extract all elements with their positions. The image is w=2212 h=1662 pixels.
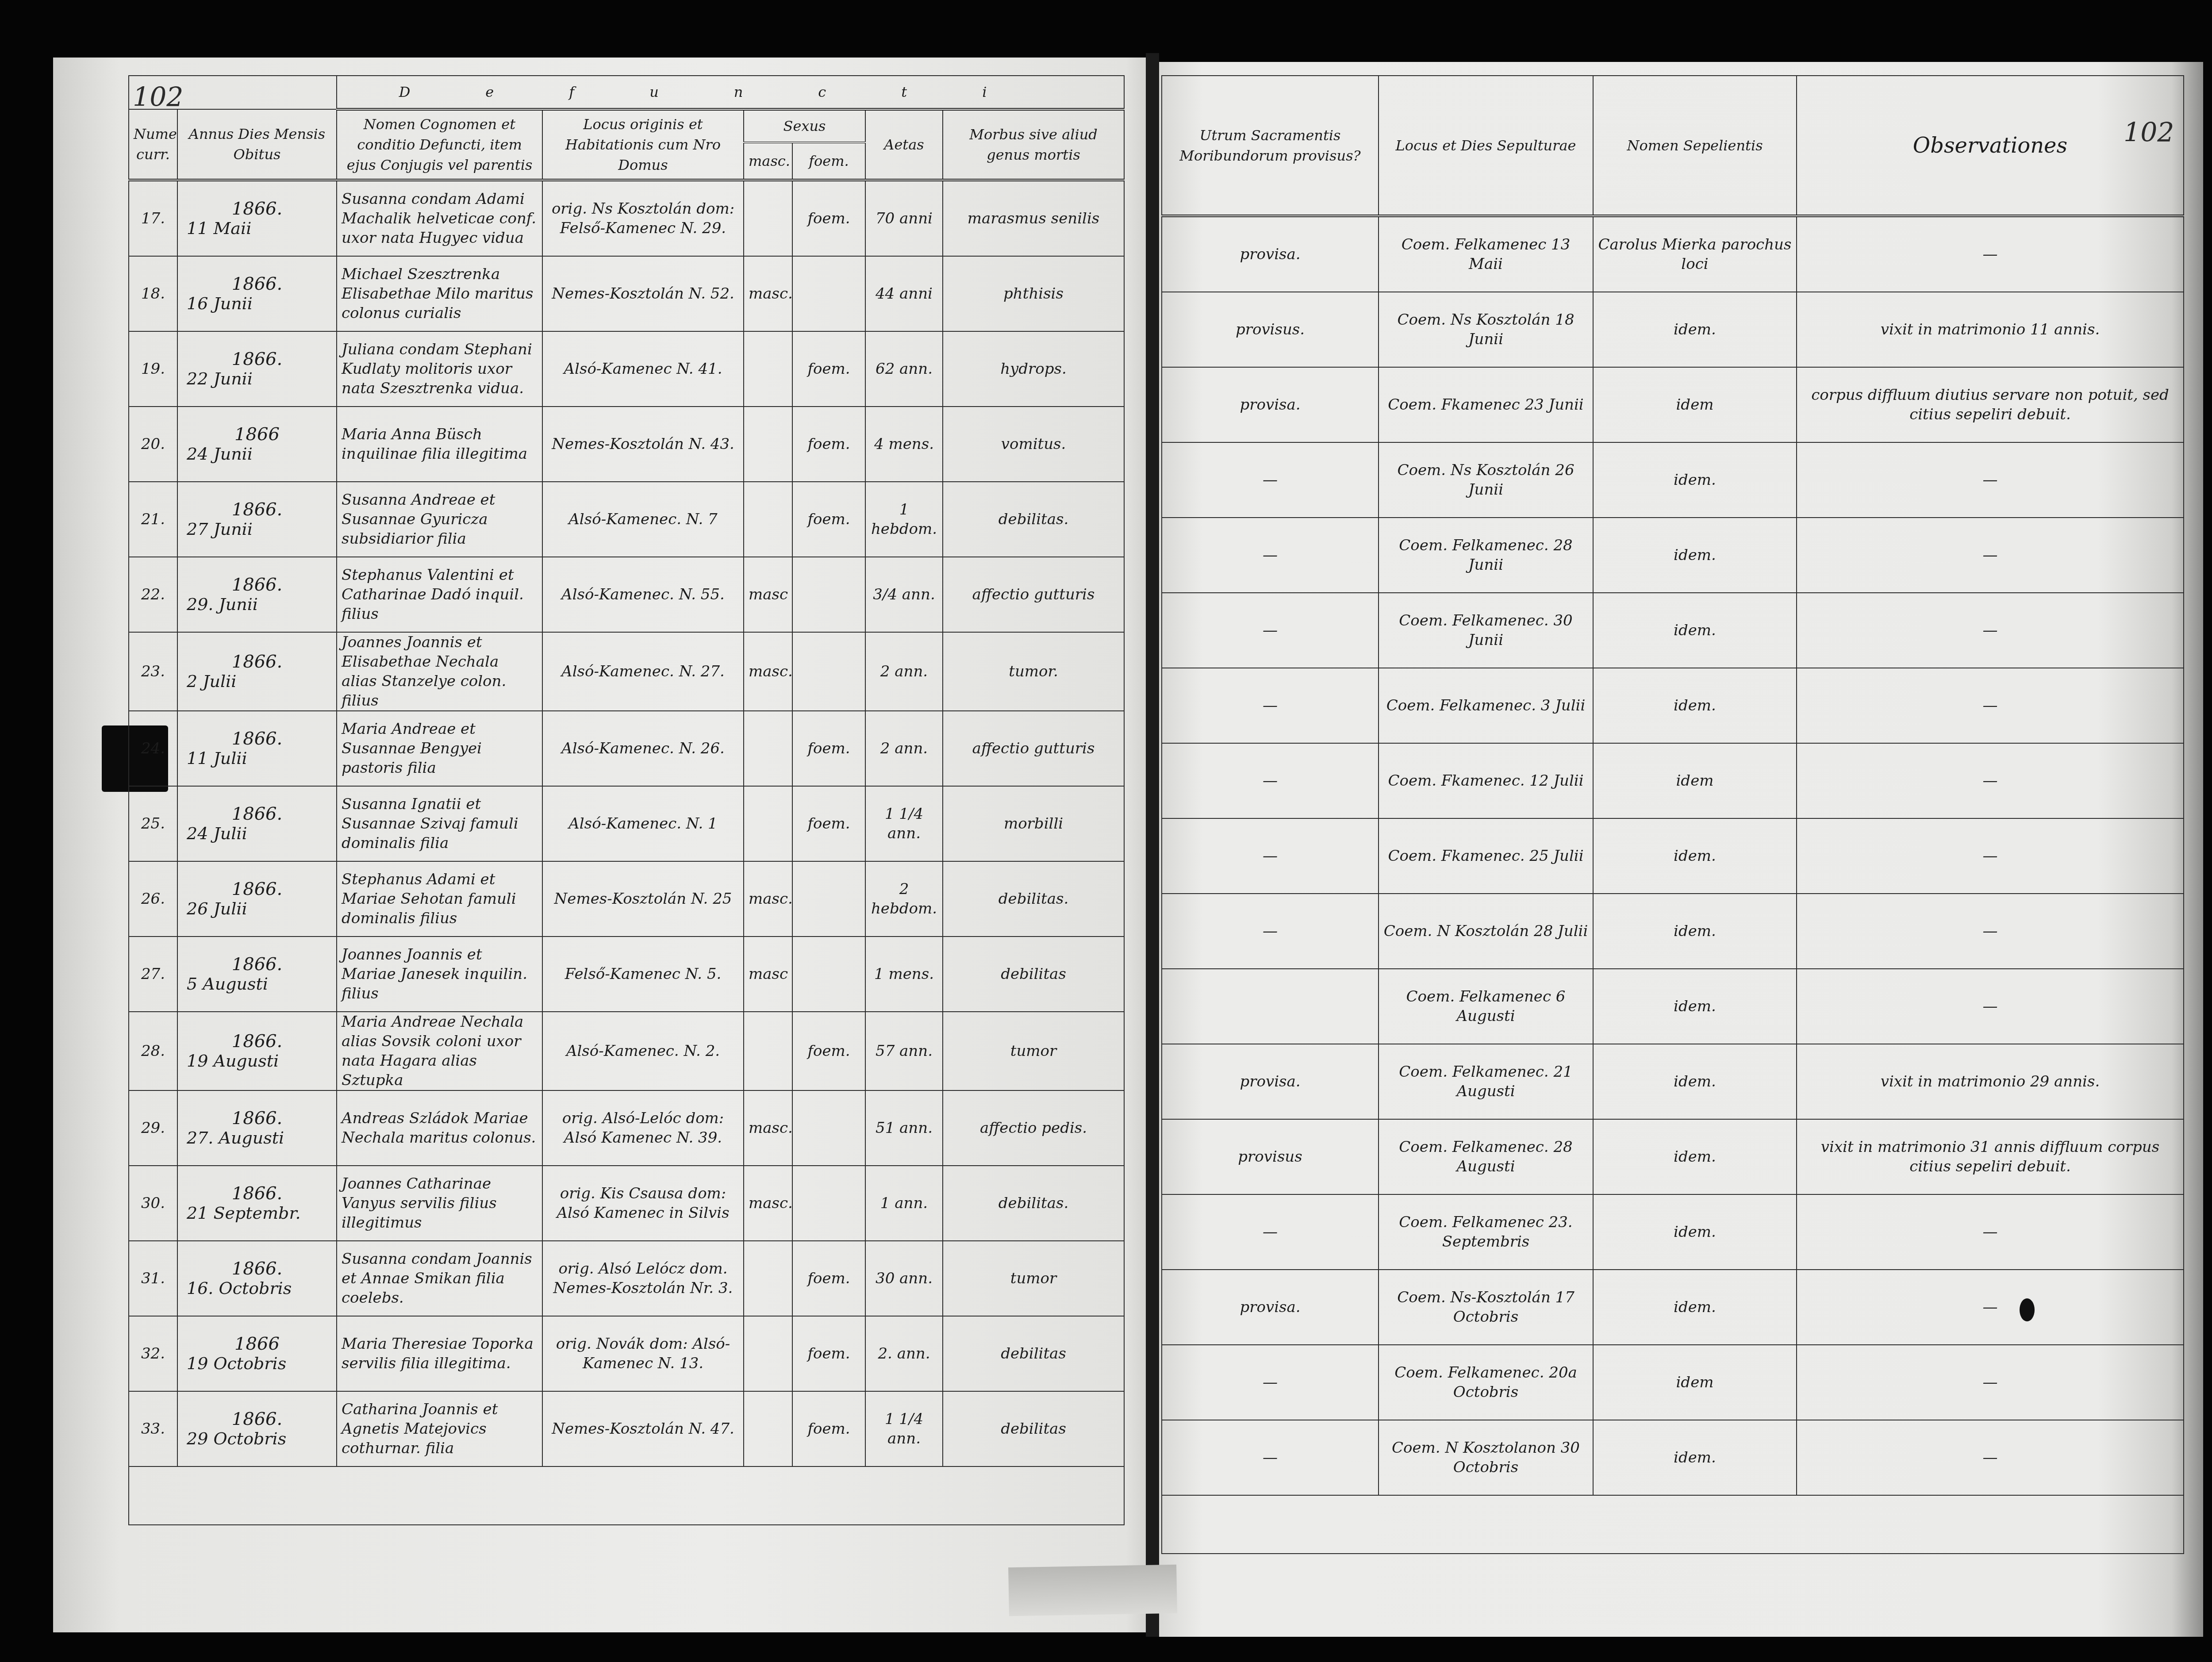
cause-of-death: affectio pedis. xyxy=(943,1090,1124,1166)
sex-foem xyxy=(792,1166,865,1241)
origin-locus: Nemes-Kosztolán N. 52. xyxy=(542,256,744,331)
sex-masc xyxy=(744,482,792,557)
cause-of-death: debilitas. xyxy=(943,482,1124,557)
death-day-month: 27. Augusti xyxy=(182,1128,332,1148)
cause-of-death: tumor xyxy=(943,1241,1124,1316)
origin-locus: Alsó-Kamenec. N. 1 xyxy=(542,786,744,861)
sex-foem: foem. xyxy=(792,1012,865,1090)
age: 1 ann. xyxy=(865,1166,943,1241)
burying-priest: idem. xyxy=(1593,1044,1797,1119)
observations: — xyxy=(1797,1345,2184,1420)
death-year: 1866 xyxy=(182,1334,332,1354)
sex-masc: masc. xyxy=(744,1090,792,1166)
observations: corpus diffluum diutius servare non potu… xyxy=(1797,367,2184,442)
burying-priest: idem. xyxy=(1593,894,1797,969)
entry-number: 21. xyxy=(129,482,177,557)
death-year: 1866. xyxy=(182,575,332,595)
deceased-name: Maria Andreae Nechala alias Sovsik colon… xyxy=(337,1012,542,1090)
burying-priest: idem xyxy=(1593,743,1797,818)
origin-locus: orig. Novák dom: Alsó-Kamenec N. 13. xyxy=(542,1316,744,1391)
age: 51 ann. xyxy=(865,1090,943,1166)
header-sacramenta: Utrum Sacramentis Moribundorum provisus? xyxy=(1162,76,1379,216)
origin-locus: Alsó-Kamenec. N. 27. xyxy=(542,632,744,711)
table-row: 20.186624 JuniiMaria Anna Büsch inquilin… xyxy=(129,407,1124,482)
header-foem: foem. xyxy=(792,142,865,180)
death-date: 1866.5 Augusti xyxy=(177,937,337,1012)
sacraments: provisus xyxy=(1162,1119,1379,1194)
table-row: 22.1866.29. JuniiStephanus Valentini et … xyxy=(129,557,1124,632)
burial-place-date: Coem. Ns-Kosztolán 17 Octobris xyxy=(1379,1270,1593,1345)
death-year: 1866. xyxy=(182,955,332,974)
origin-locus: Alsó-Kamenec. N. 55. xyxy=(542,557,744,632)
entry-number: 24. xyxy=(129,711,177,786)
burial-place-date: Coem. Felkamenec. 28 Augusti xyxy=(1379,1119,1593,1194)
age: 1 1/4 ann. xyxy=(865,786,943,861)
death-day-month: 26 Julii xyxy=(182,899,332,918)
age: 4 mens. xyxy=(865,407,943,482)
deceased-name: Stephanus Adami et Mariae Sehotan famuli… xyxy=(337,861,542,937)
death-date: 1866.19 Augusti xyxy=(177,1012,337,1090)
sex-masc xyxy=(744,786,792,861)
burying-priest: idem. xyxy=(1593,1194,1797,1270)
sacraments: — xyxy=(1162,1420,1379,1495)
death-date: 1866.26 Julii xyxy=(177,861,337,937)
burying-priest: idem. xyxy=(1593,668,1797,743)
burying-priest: idem. xyxy=(1593,292,1797,367)
sacraments: — xyxy=(1162,1194,1379,1270)
cause-of-death: morbilli xyxy=(943,786,1124,861)
cause-of-death: vomitus. xyxy=(943,407,1124,482)
sex-foem: foem. xyxy=(792,482,865,557)
burial-place-date: Coem. Felkamenec. 21 Augusti xyxy=(1379,1044,1593,1119)
register-title: Defuncti xyxy=(337,76,1124,109)
cause-of-death: debilitas xyxy=(943,1391,1124,1466)
sacraments: — xyxy=(1162,442,1379,518)
observations: — xyxy=(1797,442,2184,518)
sex-masc xyxy=(744,180,792,256)
burial-place-date: Coem. N Kosztolán 28 Julii xyxy=(1379,894,1593,969)
sex-masc xyxy=(744,1012,792,1090)
sacraments: — xyxy=(1162,894,1379,969)
deceased-name: Maria Andreae et Susannae Bengyei pastor… xyxy=(337,711,542,786)
death-year: 1866. xyxy=(182,1109,332,1128)
header-name: Nomen Cognomen et conditio Defuncti, ite… xyxy=(337,109,542,180)
deceased-name: Joannes Joannis et Mariae Janesek inquil… xyxy=(337,937,542,1012)
table-row: 24.1866.11 JuliiMaria Andreae et Susanna… xyxy=(129,711,1124,786)
table-row: —Coem. Fkamenec. 12 Juliiidem— xyxy=(1162,743,2184,818)
header-date: Annus Dies Mensis Obitus xyxy=(177,109,337,180)
entry-number: 26. xyxy=(129,861,177,937)
sex-foem: foem. xyxy=(792,786,865,861)
header-locus: Locus originis et Habitationis cum Nro D… xyxy=(542,109,744,180)
table-row: 21.1866.27 JuniiSusanna Andreae et Susan… xyxy=(129,482,1124,557)
death-date: 1866.16 Junii xyxy=(177,256,337,331)
entry-number: 18. xyxy=(129,256,177,331)
cause-of-death: hydrops. xyxy=(943,331,1124,407)
cause-of-death: affectio gutturis xyxy=(943,711,1124,786)
table-row: 33.1866.29 OctobrisCatharina Joannis et … xyxy=(129,1391,1124,1466)
death-day-month: 19 Augusti xyxy=(182,1051,332,1071)
deceased-name: Catharina Joannis et Agnetis Matejovics … xyxy=(337,1391,542,1466)
table-row: provisa.Coem. Ns-Kosztolán 17 Octobrisid… xyxy=(1162,1270,2184,1345)
table-row: —Coem. Fkamenec. 25 Juliiidem.— xyxy=(1162,818,2184,894)
deceased-name: Maria Anna Büsch inquilinae filia illegi… xyxy=(337,407,542,482)
burial-place-date: Coem. Fkamenec. 25 Julii xyxy=(1379,818,1593,894)
entry-number: 30. xyxy=(129,1166,177,1241)
deceased-name: Susanna Ignatii et Susannae Szivaj famul… xyxy=(337,786,542,861)
burying-priest: idem. xyxy=(1593,593,1797,668)
deceased-name: Susanna Andreae et Susannae Gyuricza sub… xyxy=(337,482,542,557)
death-year: 1866. xyxy=(182,274,332,294)
death-day-month: 29. Junii xyxy=(182,595,332,614)
sacraments: provisus. xyxy=(1162,292,1379,367)
death-day-month: 22 Junii xyxy=(182,369,332,388)
origin-locus: Nemes-Kosztolán N. 47. xyxy=(542,1391,744,1466)
header-locus-sepulturae: Locus et Dies Sepulturae xyxy=(1379,76,1593,216)
table-row: provisusCoem. Felkamenec. 28 Augustiidem… xyxy=(1162,1119,2184,1194)
observations: — xyxy=(1797,743,2184,818)
death-year: 1866. xyxy=(182,729,332,748)
burial-place-date: Coem. Fkamenec 23 Junii xyxy=(1379,367,1593,442)
cause-of-death: phthisis xyxy=(943,256,1124,331)
cause-of-death: tumor. xyxy=(943,632,1124,711)
death-day-month: 27 Junii xyxy=(182,519,332,539)
origin-locus: orig. Alsó-Lelóc dom: Alsó Kamenec N. 39… xyxy=(542,1090,744,1166)
burying-priest: idem. xyxy=(1593,518,1797,593)
death-day-month: 11 Maii xyxy=(182,219,332,238)
cause-of-death: marasmus senilis xyxy=(943,180,1124,256)
death-year: 1866. xyxy=(182,1032,332,1051)
burial-place-date: Coem. N Kosztolanon 30 Octobris xyxy=(1379,1420,1593,1495)
table-row: Coem. Felkamenec 6 Augustiidem.— xyxy=(1162,969,2184,1044)
sex-foem: foem. xyxy=(792,1316,865,1391)
death-year: 1866. xyxy=(182,199,332,219)
death-day-month: 24 Junii xyxy=(182,444,332,464)
empty-footer-right xyxy=(1162,1495,2184,1554)
sacraments: — xyxy=(1162,518,1379,593)
sex-masc xyxy=(744,407,792,482)
entry-number: 32. xyxy=(129,1316,177,1391)
entry-number: 17. xyxy=(129,180,177,256)
sacraments: provisa. xyxy=(1162,367,1379,442)
death-date: 186619 Octobris xyxy=(177,1316,337,1391)
table-row: provisa.Coem. Felkamenec 13 MaiiCarolus … xyxy=(1162,216,2184,292)
death-day-month: 19 Octobris xyxy=(182,1354,332,1373)
sex-foem: foem. xyxy=(792,711,865,786)
death-year: 1866. xyxy=(182,1184,332,1203)
burying-priest: Carolus Mierka parochus loci xyxy=(1593,216,1797,292)
entry-number: 20. xyxy=(129,407,177,482)
observations: vixit in matrimonio 29 annis. xyxy=(1797,1044,2184,1119)
entry-number: 31. xyxy=(129,1241,177,1316)
death-day-month: 11 Julii xyxy=(182,748,332,768)
death-day-month: 2 Julii xyxy=(182,672,332,691)
table-row: —Coem. Felkamenec. 3 Juliiidem.— xyxy=(1162,668,2184,743)
cause-of-death: tumor xyxy=(943,1012,1124,1090)
entry-number: 33. xyxy=(129,1391,177,1466)
age: 44 anni xyxy=(865,256,943,331)
burial-place-date: Coem. Felkamenec. 20a Octobris xyxy=(1379,1345,1593,1420)
sacraments xyxy=(1162,969,1379,1044)
sex-foem xyxy=(792,1090,865,1166)
death-day-month: 16 Junii xyxy=(182,294,332,313)
table-row: provisa.Coem. Felkamenec. 21 Augustiidem… xyxy=(1162,1044,2184,1119)
table-row: 25.1866.24 JuliiSusanna Ignatii et Susan… xyxy=(129,786,1124,861)
origin-locus: Alsó-Kamenec. N. 26. xyxy=(542,711,744,786)
entry-number: 28. xyxy=(129,1012,177,1090)
death-date: 1866.24 Julii xyxy=(177,786,337,861)
observations: vixit in matrimonio 31 annis diffluum co… xyxy=(1797,1119,2184,1194)
sacraments: provisa. xyxy=(1162,1270,1379,1345)
age: 2 ann. xyxy=(865,711,943,786)
observations: — xyxy=(1797,518,2184,593)
death-date: 1866.29. Junii xyxy=(177,557,337,632)
age: 30 ann. xyxy=(865,1241,943,1316)
burying-priest: idem xyxy=(1593,367,1797,442)
empty-footer-left xyxy=(129,1466,1124,1525)
sex-masc: masc. xyxy=(744,632,792,711)
origin-locus: orig. Ns Kosztolán dom: Felső-Kamenec N.… xyxy=(542,180,744,256)
cause-of-death: debilitas xyxy=(943,937,1124,1012)
burial-place-date: Coem. Ns Kosztolán 26 Junii xyxy=(1379,442,1593,518)
sex-masc: masc. xyxy=(744,256,792,331)
death-day-month: 24 Julii xyxy=(182,824,332,843)
entry-number: 23. xyxy=(129,632,177,711)
table-row: 26.1866.26 JuliiStephanus Adami et Maria… xyxy=(129,861,1124,937)
age: 1 1/4 ann. xyxy=(865,1391,943,1466)
death-date: 1866.21 Septembr. xyxy=(177,1166,337,1241)
table-row: —Coem. Felkamenec. 30 Juniiidem.— xyxy=(1162,593,2184,668)
bottom-paper-strip xyxy=(1008,1565,1177,1616)
book-spine xyxy=(1146,53,1159,1637)
header-sexus: Sexus xyxy=(744,109,865,142)
table-row: 27.1866.5 AugustiJoannes Joannis et Mari… xyxy=(129,937,1124,1012)
sacraments: — xyxy=(1162,668,1379,743)
deceased-name: Stephanus Valentini et Catharinae Dadó i… xyxy=(337,557,542,632)
table-row: 32.186619 OctobrisMaria Theresiae Topork… xyxy=(129,1316,1124,1391)
age: 1 mens. xyxy=(865,937,943,1012)
cause-of-death: affectio gutturis xyxy=(943,557,1124,632)
death-year: 1866. xyxy=(182,500,332,519)
death-date: 1866.22 Junii xyxy=(177,331,337,407)
sacraments: — xyxy=(1162,818,1379,894)
entry-number: 29. xyxy=(129,1090,177,1166)
register-table-left: Defuncti Numerus curr. Annus Dies Mensis… xyxy=(128,75,1125,1525)
sex-masc: masc xyxy=(744,557,792,632)
sex-foem: foem. xyxy=(792,331,865,407)
origin-locus: Alsó-Kamenec. N. 7 xyxy=(542,482,744,557)
burying-priest: idem. xyxy=(1593,969,1797,1044)
age: 1 hebdom. xyxy=(865,482,943,557)
cause-of-death: debilitas xyxy=(943,1316,1124,1391)
death-date: 1866.16. Octobris xyxy=(177,1241,337,1316)
sex-masc: masc xyxy=(744,937,792,1012)
sex-masc: masc. xyxy=(744,861,792,937)
table-row: 19.1866.22 JuniiJuliana condam Stephani … xyxy=(129,331,1124,407)
table-row: 28.1866.19 AugustiMaria Andreae Nechala … xyxy=(129,1012,1124,1090)
burying-priest: idem. xyxy=(1593,442,1797,518)
sex-foem: foem. xyxy=(792,180,865,256)
origin-locus: Alsó-Kamenec N. 41. xyxy=(542,331,744,407)
deceased-name: Susanna condam Adami Machalik helveticae… xyxy=(337,180,542,256)
burial-place-date: Coem. Felkamenec 23. Septembris xyxy=(1379,1194,1593,1270)
deceased-name: Andreas Szládok Mariae Nechala maritus c… xyxy=(337,1090,542,1166)
header-observationes: Observationes xyxy=(1797,76,2184,216)
entry-number: 25. xyxy=(129,786,177,861)
table-row: 31.1866.16. OctobrisSusanna condam Joann… xyxy=(129,1241,1124,1316)
sex-foem xyxy=(792,632,865,711)
sex-foem xyxy=(792,861,865,937)
sacraments: — xyxy=(1162,593,1379,668)
sex-masc: masc. xyxy=(744,1166,792,1241)
death-year: 1866. xyxy=(182,879,332,899)
burying-priest: idem xyxy=(1593,1345,1797,1420)
origin-locus: Alsó-Kamenec. N. 2. xyxy=(542,1012,744,1090)
observations: — xyxy=(1797,593,2184,668)
age: 2. ann. xyxy=(865,1316,943,1391)
death-day-month: 5 Augusti xyxy=(182,974,332,994)
death-year: 1866 xyxy=(182,425,332,444)
death-date: 1866.2 Julii xyxy=(177,632,337,711)
age: 2 hebdom. xyxy=(865,861,943,937)
death-date: 1866.27 Junii xyxy=(177,482,337,557)
death-date: 1866.11 Julii xyxy=(177,711,337,786)
sex-masc xyxy=(744,1241,792,1316)
origin-locus: orig. Kis Csausa dom: Alsó Kamenec in Si… xyxy=(542,1166,744,1241)
register-table-right: Utrum Sacramentis Moribundorum provisus?… xyxy=(1161,75,2184,1554)
deceased-name: Joannes Catharinae Vanyus servilis filiu… xyxy=(337,1166,542,1241)
deceased-name: Susanna condam Joannis et Annae Smikan f… xyxy=(337,1241,542,1316)
deceased-name: Michael Szesztrenka Elisabethae Milo mar… xyxy=(337,256,542,331)
table-row: 29.1866.27. AugustiAndreas Szládok Maria… xyxy=(129,1090,1124,1166)
observations: vixit in matrimonio 11 annis. xyxy=(1797,292,2184,367)
observations: — xyxy=(1797,1194,2184,1270)
sex-masc xyxy=(744,1391,792,1466)
sex-masc xyxy=(744,711,792,786)
death-day-month: 16. Octobris xyxy=(182,1278,332,1298)
observations: — xyxy=(1797,1420,2184,1495)
burial-place-date: Coem. Fkamenec. 12 Julii xyxy=(1379,743,1593,818)
death-year: 1866. xyxy=(182,349,332,369)
table-row: 17.1866.11 MaiiSusanna condam Adami Mach… xyxy=(129,180,1124,256)
observations: — xyxy=(1797,818,2184,894)
death-year: 1866. xyxy=(182,1409,332,1429)
table-row: —Coem. Ns Kosztolán 26 Juniiidem.— xyxy=(1162,442,2184,518)
origin-locus: Nemes-Kosztolán N. 43. xyxy=(542,407,744,482)
death-year: 1866. xyxy=(182,652,332,672)
age: 62 ann. xyxy=(865,331,943,407)
observations: — xyxy=(1797,894,2184,969)
sex-foem xyxy=(792,256,865,331)
sacraments: provisa. xyxy=(1162,216,1379,292)
table-row: provisa.Coem. Fkamenec 23 Juniiidemcorpu… xyxy=(1162,367,2184,442)
table-row: 23.1866.2 JuliiJoannes Joannis et Elisab… xyxy=(129,632,1124,711)
entry-number: 27. xyxy=(129,937,177,1012)
death-day-month: 21 Septembr. xyxy=(182,1203,332,1223)
sex-foem: foem. xyxy=(792,1391,865,1466)
header-aetas: Aetas xyxy=(865,109,943,180)
origin-locus: Felső-Kamenec N. 5. xyxy=(542,937,744,1012)
sacraments: — xyxy=(1162,1345,1379,1420)
burial-place-date: Coem. Felkamenec 13 Maii xyxy=(1379,216,1593,292)
header-masc: masc. xyxy=(744,142,792,180)
header-morbus: Morbus sive aliud genus mortis xyxy=(943,109,1124,180)
age: 57 ann. xyxy=(865,1012,943,1090)
death-date: 1866.29 Octobris xyxy=(177,1391,337,1466)
cause-of-death: debilitas. xyxy=(943,1166,1124,1241)
age: 70 anni xyxy=(865,180,943,256)
table-row: —Coem. N Kosztolán 28 Juliiidem.— xyxy=(1162,894,2184,969)
header-sepeliens: Nomen Sepelientis xyxy=(1593,76,1797,216)
table-row: —Coem. Felkamenec. 28 Juniiidem.— xyxy=(1162,518,2184,593)
death-year: 1866. xyxy=(182,1259,332,1278)
table-row: —Coem. N Kosztolanon 30 Octobrisidem.— xyxy=(1162,1420,2184,1495)
death-day-month: 29 Octobris xyxy=(182,1429,332,1448)
cause-of-death: debilitas. xyxy=(943,861,1124,937)
sex-foem: foem. xyxy=(792,1241,865,1316)
burying-priest: idem. xyxy=(1593,1119,1797,1194)
sex-masc xyxy=(744,1316,792,1391)
age: 2 ann. xyxy=(865,632,943,711)
deceased-name: Joannes Joannis et Elisabethae Nechala a… xyxy=(337,632,542,711)
burying-priest: idem. xyxy=(1593,1270,1797,1345)
death-year: 1866. xyxy=(182,804,332,824)
sex-foem: foem. xyxy=(792,407,865,482)
observations: — xyxy=(1797,668,2184,743)
origin-locus: Nemes-Kosztolán N. 25 xyxy=(542,861,744,937)
table-row: provisus.Coem. Ns Kosztolán 18 Juniiidem… xyxy=(1162,292,2184,367)
age: 3/4 ann. xyxy=(865,557,943,632)
burying-priest: idem. xyxy=(1593,1420,1797,1495)
table-row: —Coem. Felkamenec. 20a Octobrisidem— xyxy=(1162,1345,2184,1420)
burial-place-date: Coem. Felkamenec. 28 Junii xyxy=(1379,518,1593,593)
deceased-name: Maria Theresiae Toporka servilis filia i… xyxy=(337,1316,542,1391)
observations: — xyxy=(1797,1270,2184,1345)
table-row: 30.1866.21 Septembr.Joannes Catharinae V… xyxy=(129,1166,1124,1241)
death-date: 1866.11 Maii xyxy=(177,180,337,256)
table-row: —Coem. Felkamenec 23. Septembrisidem.— xyxy=(1162,1194,2184,1270)
origin-locus: orig. Alsó Lelócz dom. Nemes-Kosztolán N… xyxy=(542,1241,744,1316)
entry-number: 22. xyxy=(129,557,177,632)
burial-place-date: Coem. Ns Kosztolán 18 Junii xyxy=(1379,292,1593,367)
entry-number: 19. xyxy=(129,331,177,407)
sex-masc xyxy=(744,331,792,407)
sacraments: provisa. xyxy=(1162,1044,1379,1119)
death-date: 186624 Junii xyxy=(177,407,337,482)
sacraments: — xyxy=(1162,743,1379,818)
burial-place-date: Coem. Felkamenec. 30 Junii xyxy=(1379,593,1593,668)
burying-priest: idem. xyxy=(1593,818,1797,894)
burial-place-date: Coem. Felkamenec. 3 Julii xyxy=(1379,668,1593,743)
observations: — xyxy=(1797,216,2184,292)
burial-place-date: Coem. Felkamenec 6 Augusti xyxy=(1379,969,1593,1044)
observations: — xyxy=(1797,969,2184,1044)
sex-foem xyxy=(792,557,865,632)
header-number: Numerus curr. xyxy=(129,109,177,180)
deceased-name: Juliana condam Stephani Kudlaty molitori… xyxy=(337,331,542,407)
table-row: 18.1866.16 JuniiMichael Szesztrenka Elis… xyxy=(129,256,1124,331)
death-date: 1866.27. Augusti xyxy=(177,1090,337,1166)
sex-foem xyxy=(792,937,865,1012)
